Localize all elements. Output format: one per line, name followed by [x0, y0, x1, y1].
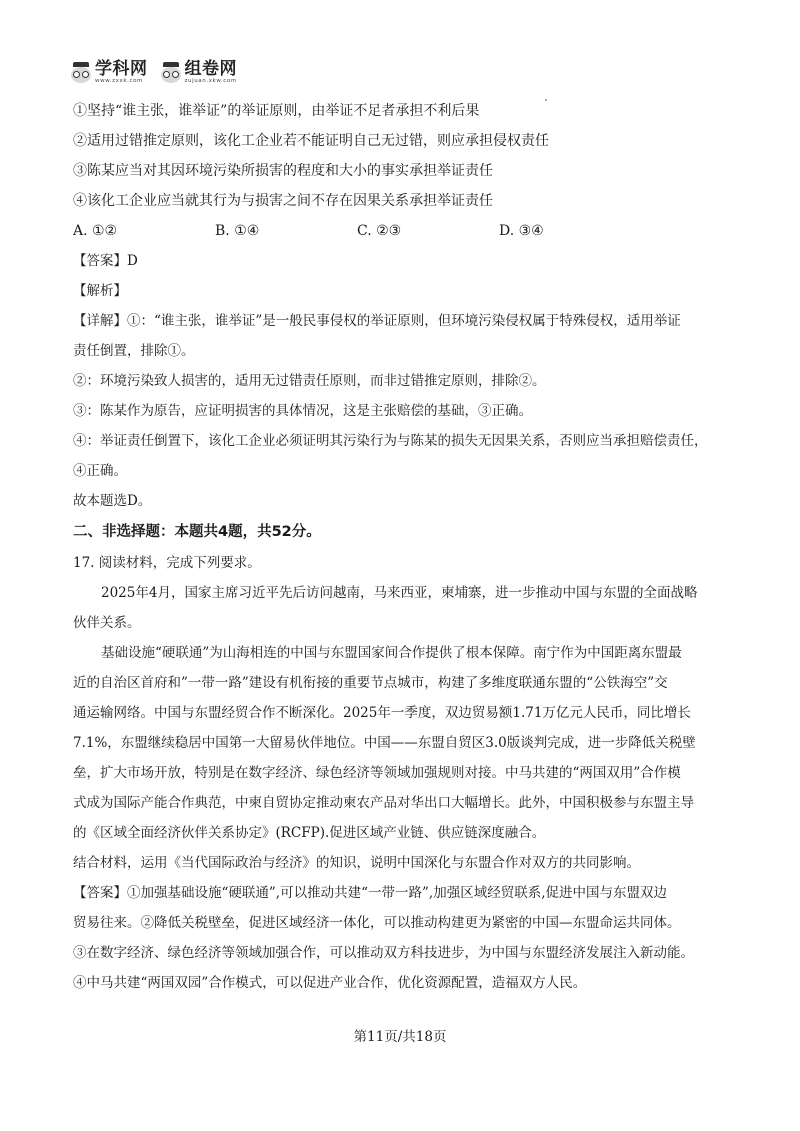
- q17-answer: 【答案】①加强基础设施“硬联通”,可以推动共建“一带一路”,加强区域经贸联系,促…: [73, 878, 733, 998]
- material-line: 的《区域全面经济伙伴关系协定》(RCFP).促进区域产业链、供应链深度融合。: [73, 818, 733, 848]
- logo-url: www.zxxk.com: [95, 79, 148, 85]
- logo-zujuanwang: 组卷网 zujuan.xkw.com: [160, 61, 238, 85]
- q16-analysis-label: 【解析】: [73, 276, 733, 306]
- statement: ②适用过错推定原则，该化工企业若不能证明自己无过错，则应承担侵权责任: [73, 126, 733, 156]
- page-header: 学科网 www.zxxk.com 组卷网 zujuan.xkw.com: [70, 58, 237, 88]
- statement: ③陈某应当对其因环境污染所损害的程度和大小的事实承担举证责任: [73, 156, 733, 186]
- document-body: ①坚持“谁主张，谁举证”的举证原则，由举证不足者承担不利后果 ②适用过错推定原则…: [73, 96, 733, 998]
- answer-line: 【答案】①加强基础设施“硬联通”,可以推动共建“一带一路”,加强区域经贸联系,促…: [73, 878, 733, 908]
- q16-options: A. ①② B. ①④ C. ②③ D. ③④: [73, 216, 733, 246]
- logo-xuekewang: 学科网 www.zxxk.com: [70, 61, 148, 85]
- explanation-line: ④正确。: [73, 456, 733, 486]
- q16-statements: ①坚持“谁主张，谁举证”的举证原则，由举证不足者承担不利后果 ②适用过错推定原则…: [73, 96, 733, 216]
- explanation-line: ②：环境污染致人损害的，适用无过错责任原则，而非过错推定原则，排除②。: [73, 366, 733, 396]
- logo-name: 组卷网: [185, 61, 238, 78]
- explanation-line: ④：举证责任倒置下，该化工企业必须证明其污染行为与陈某的损失无因果关系，否则应当…: [73, 426, 733, 456]
- explanation-line: 责任倒置，排除①。: [73, 336, 733, 366]
- explanation-line: 故本题选D。: [73, 486, 733, 516]
- q16-answer: 【答案】D: [73, 246, 733, 276]
- statement: ①坚持“谁主张，谁举证”的举证原则，由举证不足者承担不利后果: [73, 96, 733, 126]
- q17-task: 结合材料，运用《当代国际政治与经济》的知识，说明中国深化与东盟合作对双方的共同影…: [73, 848, 733, 878]
- material-line: 伙伴关系。: [73, 608, 733, 638]
- logo-name: 学科网: [95, 61, 148, 78]
- explanation-line: 【详解】①：“谁主张，谁举证”是一般民事侵权的举证原则，但环境污染侵权属于特殊侵…: [73, 306, 733, 336]
- material-line: 通运输网络。中国与东盟经贸合作不断深化。2025年一季度，双边贸易额1.71万亿…: [73, 698, 733, 728]
- material-line: 式成为国际产能合作典范，中柬自贸协定推动柬农产品对华出口大幅增长。此外，中国积极…: [73, 788, 733, 818]
- page-number: 第11页/共18页: [0, 1025, 800, 1045]
- statement: ④该化工企业应当就其行为与损害之间不存在因果关系承担举证责任: [73, 186, 733, 216]
- q17-prompt: 17. 阅读材料，完成下列要求。: [73, 548, 733, 578]
- material-line: 基础设施“硬联通”为山海相连的中国与东盟国家间合作提供了根本保障。南宁作为中国距…: [73, 638, 733, 668]
- logo-url: zujuan.xkw.com: [185, 79, 238, 85]
- owl-logo-icon: [160, 62, 182, 84]
- material-line: 垒，扩大市场开放，特别是在数字经济、绿色经济等领域加强规则对接。中马共建的“两国…: [73, 758, 733, 788]
- material-line: 2025年4月，国家主席习近平先后访问越南，马来西亚，柬埔寨，进一步推动中国与东…: [73, 578, 733, 608]
- option-c: C. ②③: [357, 216, 499, 246]
- option-b: B. ①④: [215, 216, 357, 246]
- explanation-line: ③：陈某作为原告，应证明损害的具体情况，这是主张赔偿的基础，③正确。: [73, 396, 733, 426]
- answer-line: 贸易往来。②降低关税壁垒，促进区域经济一体化，可以推动构建更为紧密的中国—东盟命…: [73, 908, 733, 938]
- section-heading: 二、非选择题：本题共4题，共52分。: [73, 516, 733, 548]
- answer-line: ③在数字经济、绿色经济等领域加强合作，可以推动双方科技进步，为中国与东盟经济发展…: [73, 938, 733, 968]
- q16-explanation: 【详解】①：“谁主张，谁举证”是一般民事侵权的举证原则，但环境污染侵权属于特殊侵…: [73, 306, 733, 516]
- q17-material: 2025年4月，国家主席习近平先后访问越南，马来西亚，柬埔寨，进一步推动中国与东…: [73, 578, 733, 848]
- answer-line: ④中马共建“两国双园”合作模式，可以促进产业合作，优化资源配置，造福双方人民。: [73, 968, 733, 998]
- material-line: 近的自治区首府和”一带一路”建设有机衔接的重要节点城市，构建了多维度联通东盟的“…: [73, 668, 733, 698]
- material-line: 7.1%，东盟继续稳居中国第一大留易伙伴地位。中国——东盟自贸区3.0版谈判完成…: [73, 728, 733, 758]
- owl-logo-icon: [70, 62, 92, 84]
- option-a: A. ①②: [73, 216, 215, 246]
- option-d: D. ③④: [499, 216, 641, 246]
